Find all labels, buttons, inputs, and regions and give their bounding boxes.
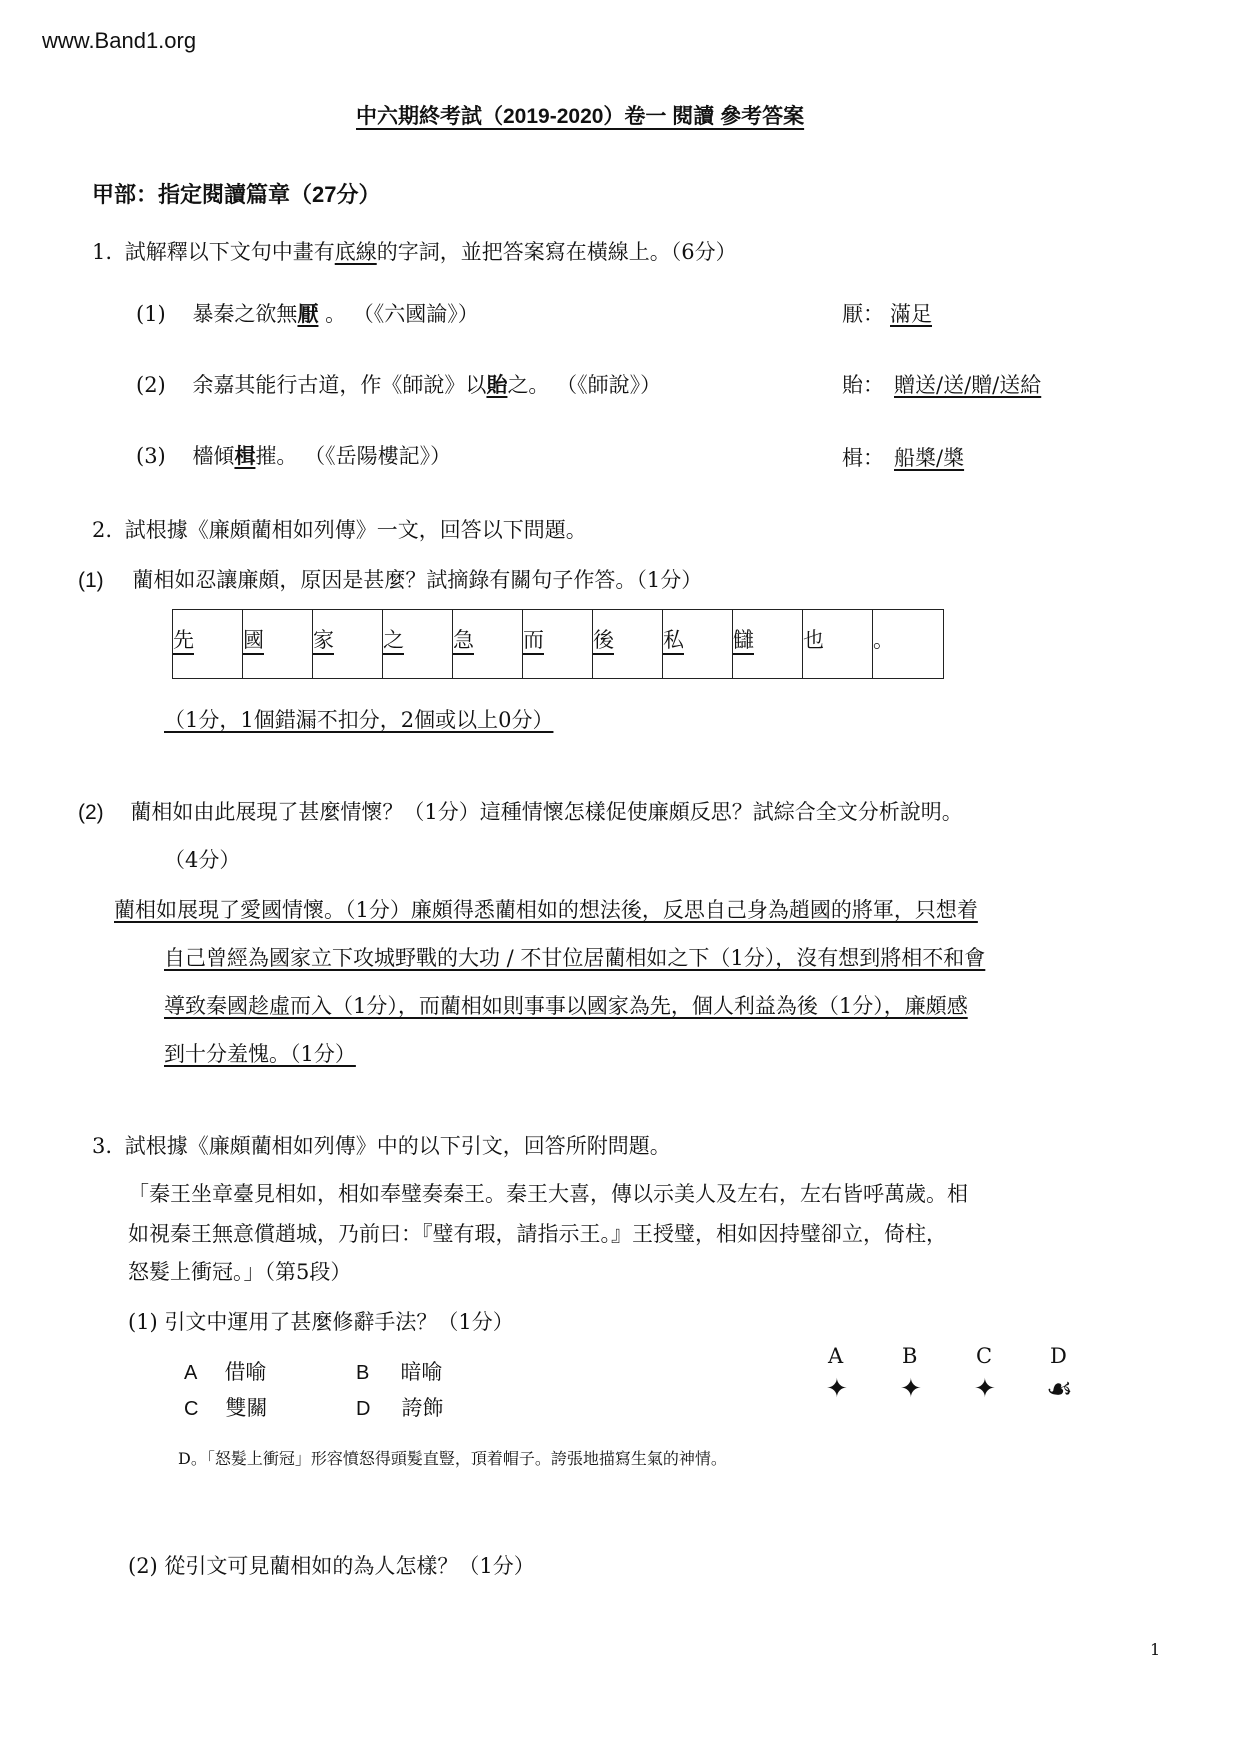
selected-mark-icon: ☙ — [1046, 1372, 1073, 1407]
grid-cell: 國 — [243, 610, 313, 678]
answer-text: 滿足 — [890, 302, 932, 326]
question-number: 2. — [92, 518, 112, 542]
grid-cell: 先 — [173, 610, 243, 678]
q1-answer-2: 貽：贈送/送/贈/送給 — [842, 369, 1041, 399]
q2-sub2-prompt: (2) 藺相如由此展現了甚麼情懷？（1分）這種情懷怎樣促使廉頗反思？試綜合全文分… — [78, 796, 963, 826]
q1-answer-3: 楫：船槳/槳 — [842, 442, 964, 472]
answer-text: 贈送/送/贈/送給 — [894, 373, 1041, 397]
question-2-prompt: 2. 試根據《廉頗藺相如列傳》一文，回答以下問題。 — [92, 514, 587, 544]
answer-line: 到十分羞愧。（1分） — [164, 1038, 356, 1068]
grid-cell: 而 — [523, 610, 593, 678]
q1-item-2: (2) 余嘉其能行古道，作《師說》以貽之。 （《師說》） — [136, 369, 661, 399]
underlined-term: 底線 — [335, 240, 377, 264]
grid-cell: 後 — [593, 610, 663, 678]
site-watermark: www.Band1.org — [42, 28, 196, 54]
answer-line: 導致秦國趁虛而入（1分），而藺相如則事事以國家為先，個人利益為後（1分），廉頗感 — [164, 990, 968, 1020]
q1-answer-1: 厭：滿足 — [842, 298, 932, 328]
option-a: A 借喻 — [184, 1356, 266, 1386]
answer-line: 藺相如展現了愛國情懷。（1分）廉頗得悉藺相如的想法後，反思自己身為趙國的將軍，只… — [114, 894, 978, 924]
answer-line: 自己曾經為國家立下攻城野戰的大功 / 不甘位居藺相如之下（1分），沒有想到將相不… — [164, 942, 985, 972]
grid-cell: 私 — [663, 610, 733, 678]
section-title: 甲部：指定閱讀篇章（27分） — [92, 178, 380, 209]
option-c: C 雙關 — [184, 1392, 268, 1422]
grid-cell: 讎 — [733, 610, 803, 678]
page-title: 中六期終考試（2019-2020）卷一 閱讀 參考答案 — [356, 100, 804, 130]
question-number: 1. — [92, 240, 112, 264]
answer-grid: 先 國 家 之 急 而 後 私 讎 也 。 — [172, 609, 944, 679]
answer-letter-c: C — [976, 1344, 992, 1368]
question-1-prompt: 1. 試解釋以下文句中畫有底線的字詞，並把答案寫在橫線上。（6分） — [92, 236, 737, 266]
target-word: 厭 — [297, 301, 318, 326]
quote-line: 「秦王坐章臺見相如，相如奉璧奏秦王。秦王大喜，傳以示美人及左右，左右皆呼萬歲。相 — [128, 1178, 968, 1208]
q2-sub2-marks: （4分） — [164, 844, 240, 874]
answer-letter-b: B — [902, 1344, 917, 1368]
q3-sub2-prompt: (2) 從引文可見藺相如的為人怎樣？（1分） — [128, 1550, 535, 1580]
q3-sub1-prompt: (1) 引文中運用了甚麼修辭手法？（1分） — [128, 1306, 514, 1336]
answer-letter-a: A — [828, 1344, 843, 1368]
option-d: D 誇飾 — [356, 1392, 444, 1422]
grid-cell: 也 — [803, 610, 873, 678]
q1-item-3: (3) 檣傾楫摧。 （《岳陽樓記》） — [136, 440, 451, 470]
marking-note: （1分，1個錯漏不扣分，2個或以上0分） — [164, 704, 553, 734]
grid-cell: 。 — [873, 610, 943, 678]
grid-cell: 家 — [313, 610, 383, 678]
question-number: 3. — [92, 1134, 112, 1158]
star-mark-icon: ✦ — [900, 1374, 922, 1404]
grid-cell: 急 — [453, 610, 523, 678]
q2-sub1-prompt: (1) 藺相如忍讓廉頗，原因是甚麼？試摘錄有關句子作答。（1分） — [78, 564, 702, 594]
q1-item-1: (1) 暴秦之欲無厭 。 （《六國論》） — [136, 298, 479, 328]
target-word: 貽 — [486, 372, 507, 397]
answer-text: 船槳/槳 — [894, 446, 964, 470]
quote-line: 怒髮上衝冠。」（第5段） — [128, 1256, 351, 1286]
page-number: 1 — [1150, 1640, 1160, 1659]
star-mark-icon: ✦ — [826, 1374, 848, 1404]
quote-line: 如視秦王無意償趙城，乃前曰：『璧有瑕，請指示王。』王授璧，相如因持璧卻立，倚柱， — [128, 1218, 947, 1248]
option-b: B 暗喻 — [356, 1356, 442, 1386]
answer-letter-d: D — [1050, 1344, 1067, 1368]
target-word: 楫 — [234, 443, 255, 468]
answer-explanation: D。「怒髮上衝冠」形容憤怒得頭髮直豎，頂着帽子。誇張地描寫生氣的神情。 — [178, 1446, 727, 1469]
star-mark-icon: ✦ — [974, 1374, 996, 1404]
grid-cell: 之 — [383, 610, 453, 678]
question-3-prompt: 3. 試根據《廉頗藺相如列傳》中的以下引文，回答所附問題。 — [92, 1130, 671, 1160]
